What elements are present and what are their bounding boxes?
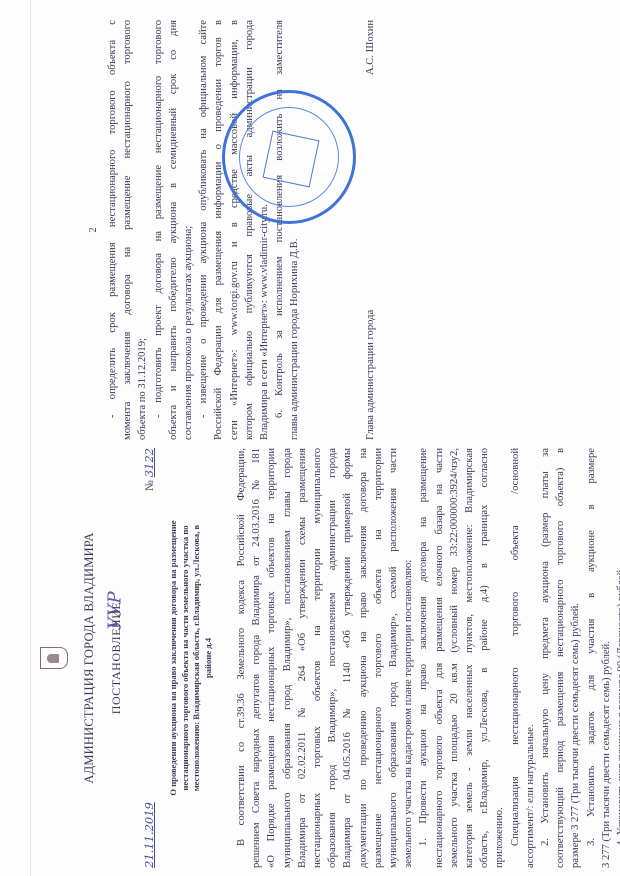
text-line: «О Порядке размещения нестационарных тор… [264, 448, 279, 868]
text-line: нестационарных торговых объектов на терр… [310, 448, 325, 868]
text-line: размере 3 277 (Три тысячи двести семьдес… [568, 448, 583, 868]
document-date: 21.11.2019 [142, 802, 156, 868]
scanned-document: 2 - определить срок размещения нестацион… [0, 0, 620, 876]
text-line: момента заключения договора на размещени… [120, 20, 135, 440]
text-line: земельного участка площадью 20 кв.м (усл… [447, 448, 462, 868]
text-line: Владимира от 04.05.2016 № 1140 «Об утвер… [340, 448, 355, 868]
text-line: объекта и направить победителю аукциона … [166, 20, 181, 440]
text-line: - определить срок размещения нестационар… [105, 20, 120, 440]
text-line: земельного участка на кадастровом плане … [401, 448, 416, 868]
text-line: Владимира в сети «Интернет»: www.vladimi… [257, 20, 272, 440]
document-type: ПОСТАНОВЛЕНИЕ [109, 448, 124, 868]
text-line: котором официально публикуются правовые … [242, 20, 257, 440]
text-line: соответствующий период размещения нестац… [553, 448, 568, 868]
text-line: В соответствии со ст.39.36 Земельного ко… [234, 448, 249, 868]
coat-of-arms-icon [263, 131, 320, 188]
document-number: 3122 [142, 448, 156, 477]
text-line: - извещение о проведении аукциона опубли… [196, 20, 211, 440]
text-line: 3 277 (Три тысячи двести семьдесят семь)… [599, 448, 614, 868]
text-line: муниципального образования город Владими… [280, 448, 295, 868]
text-line: Российской Федерации для размещения инфо… [211, 20, 226, 440]
page-1-body: В соответствии со ст.39.36 Земельного ко… [234, 448, 620, 868]
text-line: 4. Установить шаг аукциона в размере 90 … [614, 448, 620, 868]
page-2-body: - определить срок размещения нестационар… [105, 20, 303, 440]
document-subject: О проведении аукциона на право заключени… [168, 513, 214, 803]
text-line: - подготовить проект договора на размеще… [151, 20, 166, 440]
signature-name: А.С. Шохин [365, 20, 376, 75]
text-line: размещение нестационарного торгового объ… [371, 448, 386, 868]
text-line: образования город Владимир», постановлен… [325, 448, 340, 868]
text-line: 6. Контроль за исполнением постановления… [272, 20, 287, 440]
number-label: № [144, 480, 156, 491]
signature-title: Глава администрации города [365, 310, 376, 440]
text-line: 1. Провести аукцион на право заключения … [416, 448, 431, 868]
page-number: 2 [88, 20, 99, 440]
signature-block: Глава администрации города А.С. Шохин [365, 20, 376, 440]
text-line: составления протокола о результатах аукц… [181, 20, 196, 440]
organization-name: АДМИНИСТРАЦИЯ ГОРОДА ВЛАДИМИРА [82, 448, 97, 868]
text-line: 2. Установить начальную цену предмета ау… [538, 448, 553, 868]
text-line: нестационарного торгового объекта для ра… [432, 448, 447, 868]
document-meta: 21.11.2019 № 3122 [142, 448, 156, 868]
text-line: муниципального образования город Владими… [386, 448, 401, 868]
text-line: решением Совета народных депутатов город… [249, 448, 264, 868]
text-line: объекта по 31.12.2019; [135, 20, 150, 440]
document-page-2: 2 - определить срок размещения нестацион… [88, 20, 328, 440]
text-line: категория земель - земли населенных пунк… [462, 448, 477, 868]
text-line: приложению. [492, 448, 507, 868]
document-number-block: № 3122 [142, 448, 156, 491]
page-fold-line [30, 0, 31, 876]
coat-of-arms-icon [40, 647, 68, 669]
text-line: ассортимент/: ели натуральные. [523, 448, 538, 868]
text-line: Владимира от 02.02.2011 № 264 «Об утверж… [295, 448, 310, 868]
text-line: сети «Интернет»: www.torgi.gov.ru и в ср… [227, 20, 242, 440]
text-line: область, г.Владимир, ул.Лесκова, в район… [477, 448, 492, 868]
official-stamp [222, 90, 356, 224]
text-line: Специализация нестационарного торгового … [508, 448, 523, 868]
text-line: документации по проведению аукциона на п… [356, 448, 371, 868]
document-page-1: АДМИНИСТРАЦИЯ ГОРОДА ВЛАДИМИРА ПОСТАНОВЛ… [40, 448, 600, 868]
text-line: главы администрации города Норихина Д.В. [287, 20, 302, 440]
text-line: 3. Установить задаток для участия в аукц… [584, 448, 599, 868]
